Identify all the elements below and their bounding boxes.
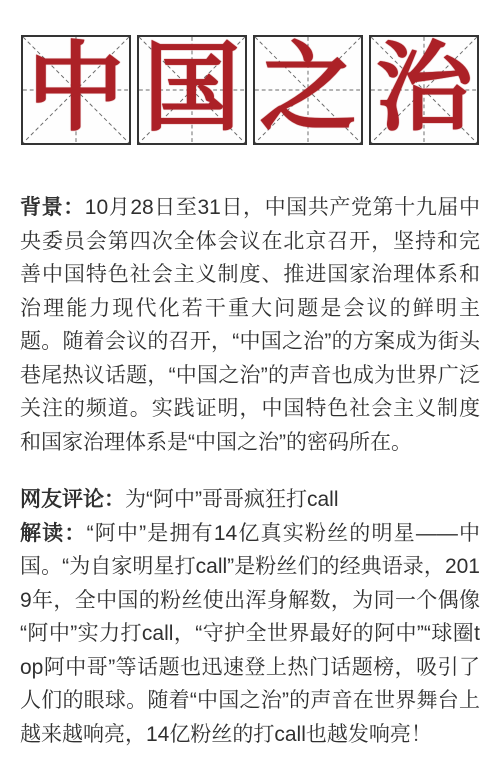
char-grid-box-2: 国 <box>137 35 247 145</box>
interpretation-paragraph: 解读：“阿中”是拥有14亿真实粉丝的明星——中国。“为自家明星打call”是粉丝… <box>20 517 480 752</box>
char-grid-box-4: 治 <box>369 35 479 145</box>
background-text: 10月28日至31日，中国共产党第十九届中央委员会第四次全体会议在北京召开，坚持… <box>20 196 480 454</box>
background-label: 背景： <box>20 196 85 219</box>
calligraphy-title: 中 国 之 <box>0 35 500 145</box>
comment-text: 为“阿中”哥哥疯狂打call <box>125 488 339 511</box>
calligraphy-char: 之 <box>260 40 357 137</box>
calligraphy-char: 国 <box>144 40 241 137</box>
interpretation-text: “阿中”是拥有14亿真实粉丝的明星——中国。“为自家明星打call”是粉丝们的经… <box>20 522 480 746</box>
calligraphy-char: 治 <box>376 40 473 137</box>
article-body: 背景：10月28日至31日，中国共产党第十九届中央委员会第四次全体会议在北京召开… <box>0 191 500 751</box>
char-grid-box-1: 中 <box>21 35 131 145</box>
background-paragraph: 背景：10月28日至31日，中国共产党第十九届中央委员会第四次全体会议在北京召开… <box>20 191 480 459</box>
interpretation-label: 解读： <box>20 522 87 545</box>
char-grid-box-3: 之 <box>253 35 363 145</box>
page: 中 国 之 <box>0 35 500 751</box>
calligraphy-char: 中 <box>28 40 125 137</box>
comment-label: 网友评论： <box>20 488 125 511</box>
comment-paragraph: 网友评论：为“阿中”哥哥疯狂打call <box>20 483 480 517</box>
